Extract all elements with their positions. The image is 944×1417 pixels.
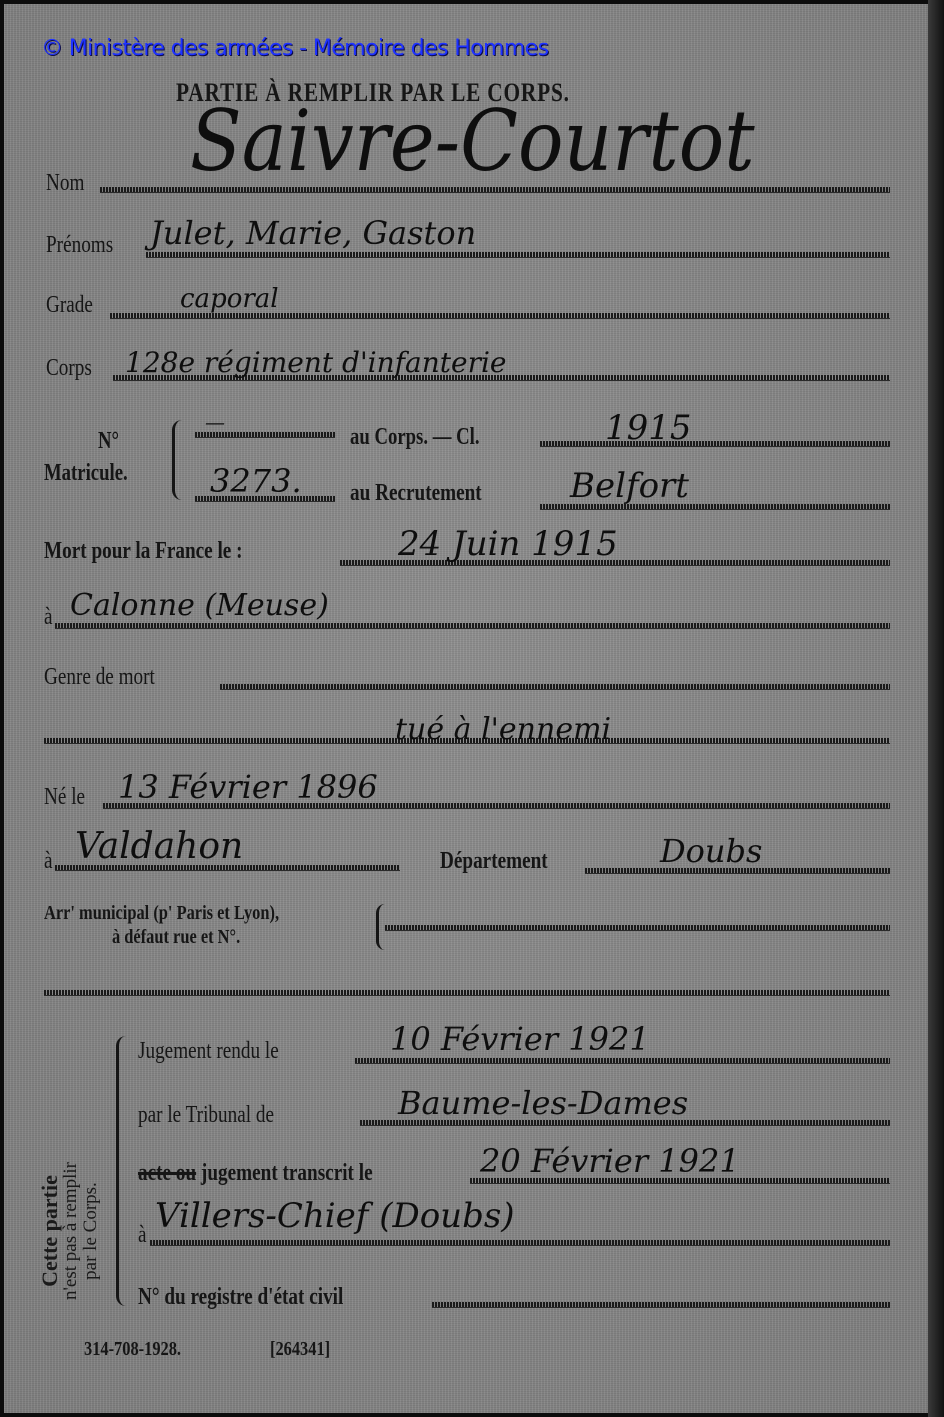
grade-label: Grade [46,292,93,319]
mort-value: 24 Juin 1915 [398,524,618,564]
classe-value: 1915 [605,408,692,448]
form-reference: [264341] [270,1338,330,1361]
side-note: Cette partie n'est pas à remplir par le … [38,1162,101,1300]
corps-value: 128e régiment d'infanterie [125,346,507,379]
transcrit-label: jugement transcrit le [201,1160,373,1186]
prenoms-line [146,252,890,258]
lieu-mort-value: Calonne (Meuse) [70,588,329,623]
side-note-line-2: n'est pas à remplir [61,1162,81,1300]
lieu-mort-label: à [44,604,53,631]
rendu-value: 10 Février 1921 [390,1020,650,1058]
transcrit-value: 20 Février 1921 [480,1142,740,1180]
rendu-label: Jugement rendu le [138,1038,279,1065]
lieu-transcription-label: à [138,1222,147,1249]
registre-label: N° du registre d'état civil [138,1284,343,1311]
classe-line [540,441,890,447]
au-corps-value: — [205,410,225,434]
lieu-transcription-value: Villers-Chief (Doubs) [155,1196,515,1236]
tribunal-value: Baume-les-Dames [398,1084,688,1122]
genre-mort-label: Genre de mort [44,664,155,691]
mort-label: Mort pour la France le : [44,538,243,565]
scan-edge [928,0,944,1417]
lieu-naissance-value: Valdahon [75,826,243,867]
arrondissement-brace [376,904,385,950]
departement-value: Doubs [660,832,762,870]
arrondissement-label-1: Arr' municipal (p' Paris et Lyon), [44,902,279,925]
rendu-line [355,1058,890,1064]
corps-label: Corps [46,355,92,382]
genre-mort-value: tué à l'ennemi [395,712,611,747]
departement-label: Département [440,848,548,875]
transcrit-label-row: acte ou jugement transcrit le [138,1160,373,1187]
naissance-value: 13 Février 1896 [118,768,378,806]
matricule-brace [172,420,183,500]
recrutement-number: 3273. [210,462,302,500]
registre-line [432,1302,890,1308]
jugement-brace [116,1036,127,1306]
arrondissement-label-2: à défaut rue et N°. [112,926,240,949]
tribunal-label: par le Tribunal de [138,1102,274,1129]
arrondissement-line [385,925,890,931]
side-note-line-1: Cette partie [38,1162,61,1300]
naissance-label: Né le [44,784,85,811]
lieu-naissance-label: à [44,848,53,875]
separator-line [44,990,890,996]
lieu-transcription-line [150,1240,890,1246]
form-code: 314-708-1928. [84,1338,181,1361]
side-note-line-3: par le Corps. [81,1162,101,1300]
nom-label: Nom [46,170,84,197]
copyright-watermark: © Ministère des armées - Mémoire des Hom… [41,36,548,61]
numero-label: N° [98,428,119,455]
struck-acte-ou: acte ou [138,1160,196,1186]
recrutement-label: au Recrutement [350,480,482,507]
grade-value: caporal [180,284,279,314]
nom-value: Saivre-Courtot [190,92,755,190]
lieu-mort-line [55,623,890,629]
au-corps-label: au Corps. — Cl. [350,424,480,451]
prenoms-value: Julet, Marie, Gaston [150,214,476,252]
prenoms-label: Prénoms [46,232,113,259]
recrutement-value: Belfort [570,466,689,506]
matricule-label: Matricule. [44,460,128,487]
genre-mort-line-1 [220,684,890,690]
